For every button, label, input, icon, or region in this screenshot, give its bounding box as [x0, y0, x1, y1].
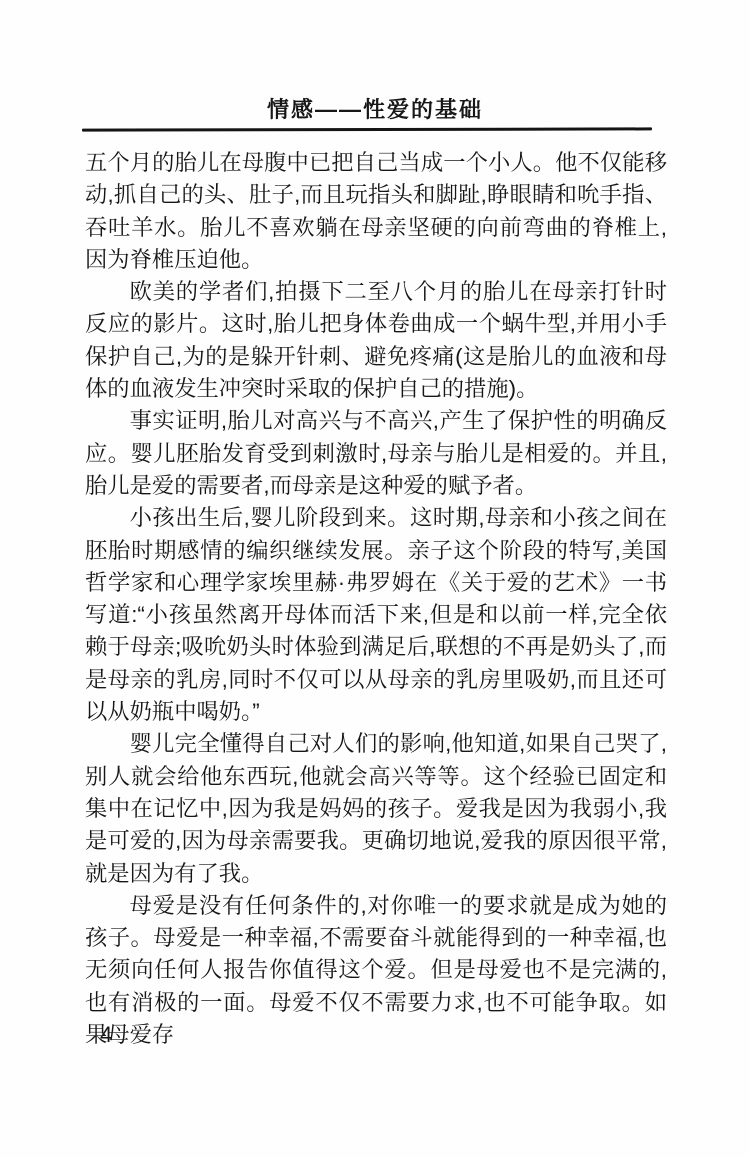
header-divider-rule: [82, 127, 652, 131]
body-paragraph: 婴儿完全懂得自己对人们的影响,他知道,如果自己哭了,别人就会给他东西玩,他就会高…: [85, 728, 667, 889]
body-paragraph: 五个月的胎儿在母腹中已把自己当成一个小人。他不仅能移动,抓自己的头、肚子,而且玩…: [85, 147, 667, 276]
body-text: 五个月的胎儿在母腹中已把自己当成一个小人。他不仅能移动,抓自己的头、肚子,而且玩…: [85, 147, 667, 1051]
body-paragraph: 小孩出生后,婴儿阶段到来。这时期,母亲和小孩之间在胚胎时期感情的编织继续发展。亲…: [85, 502, 667, 728]
body-paragraph: 母爱是没有任何条件的,对你唯一的要求就是成为她的孩子。母爱是一种幸福,不需要奋斗…: [85, 890, 667, 1051]
page-header-title: 情感——性爱的基础: [0, 93, 750, 124]
body-paragraph: 事实证明,胎儿对高兴与不高兴,产生了保护性的明确反应。婴儿胚胎发育受到刺激时,母…: [85, 405, 667, 502]
page-number: 4: [100, 1022, 112, 1048]
body-paragraph: 欧美的学者们,拍摄下二至八个月的胎儿在母亲打针时反应的影片。这时,胎儿把身体卷曲…: [85, 276, 667, 405]
book-page: 情感——性爱的基础 五个月的胎儿在母腹中已把自己当成一个小人。他不仅能移动,抓自…: [0, 0, 750, 1158]
